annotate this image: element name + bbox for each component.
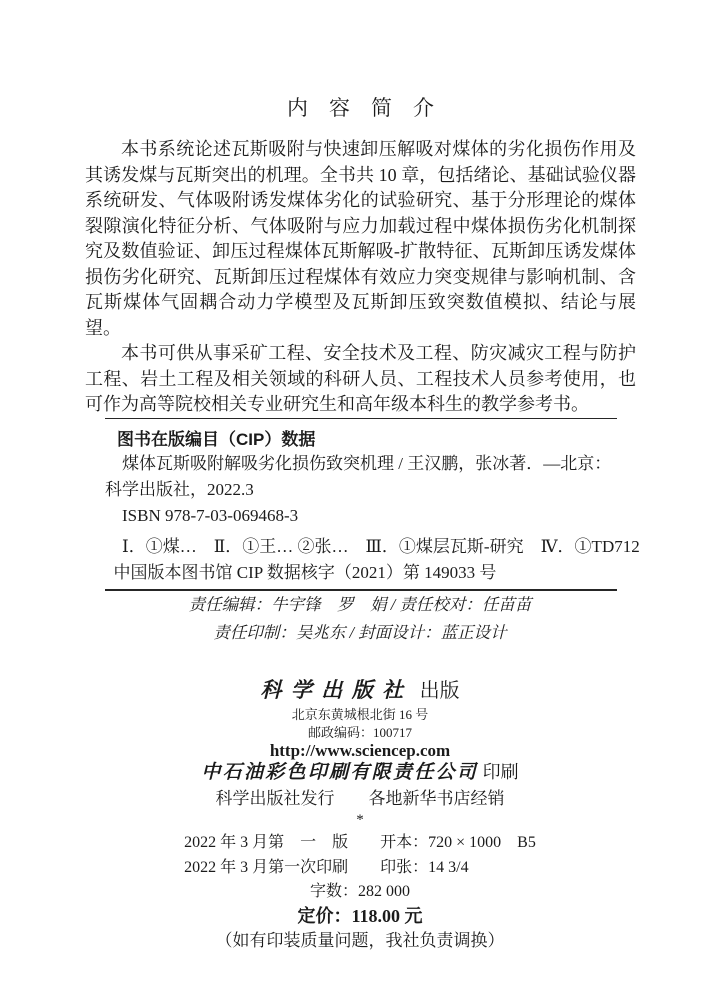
printing-line: 2022 年 3 月第一次印刷 印张：14 3/4 [184,855,536,880]
content-summary-section: 内容简介 本书系统论述瓦斯吸附与快速卸压解吸对煤体的劣化损伤作用及其诱发煤与瓦斯… [85,92,636,418]
publisher-role-label: 出版 [420,680,460,702]
printer-name-script: 中石油彩色印刷有限责任公司 [201,762,478,783]
cip-heading: 图书在版编目（CIP）数据 [105,428,617,451]
publisher-address: 北京东黄城根北街 16 号 [0,705,720,724]
word-count-line: 字数：282 000 [0,880,720,904]
publisher-name-script: 科学出版社 [260,678,412,702]
edition-line: 2022 年 3 月第 一 版 开本：720 × 1000 B5 [184,830,536,855]
edition-block: 2022 年 3 月第 一 版 开本：720 × 1000 B5 2022 年 … [184,830,536,880]
staff-editors-line: 责任编辑：牛宇锋 罗 娟 / 责任校对：任苗苗 [0,591,720,619]
cip-publisher-line: 科学出版社，2022.3 [105,477,617,503]
publisher-line: 科学出版社出版 [0,676,720,705]
cip-data-block: 图书在版编目（CIP）数据 煤体瓦斯吸附解吸劣化损伤致突机理 / 王汉鹏，张冰著… [105,418,617,591]
section-title: 内容简介 [85,92,636,122]
exchange-notice: （如有印装质量问题，我社负责调换） [0,928,720,954]
summary-paragraph-2: 本书可供从事采矿工程、安全技术及工程、防灾减灾工程与防护工程、岩土工程及相关领域… [85,341,636,418]
postal-code: 邮政编码：100717 [0,724,720,741]
printer-role-label: 印刷 [483,762,519,782]
separator-asterisk: * [0,811,720,829]
cip-title-line: 煤体瓦斯吸附解吸劣化损伤致突机理 / 王汉鹏，张冰著．—北京： [105,451,617,477]
classification-line: Ⅰ．①煤… Ⅱ．①王… ②张… Ⅲ．①煤层瓦斯-研究 Ⅳ．①TD712 [105,534,617,560]
imprint-block: 科学出版社出版 北京东黄城根北街 16 号 邮政编码：100717 http:/… [0,676,720,954]
staff-print-design-line: 责任印制：吴兆东 / 封面设计：蓝正设计 [0,619,720,647]
staff-credits: 责任编辑：牛宇锋 罗 娟 / 责任校对：任苗苗 责任印制：吴兆东 / 封面设计：… [0,591,720,647]
distribution-line: 科学出版社发行 各地新华书店经销 [0,787,720,811]
isbn-line: ISBN 978-7-03-069468-3 [105,503,617,529]
publisher-url: http://www.sciencep.com [0,741,720,760]
summary-paragraph-1: 本书系统论述瓦斯吸附与快速卸压解吸对煤体的劣化损伤作用及其诱发煤与瓦斯突出的机理… [85,137,636,341]
cip-record-line: 中国版本图书馆 CIP 数据核字（2021）第 149033 号 [105,560,617,586]
book-copyright-page: 内容简介 本书系统论述瓦斯吸附与快速卸压解吸对煤体的劣化损伤作用及其诱发煤与瓦斯… [0,0,720,1000]
printer-line: 中石油彩色印刷有限责任公司印刷 [0,760,720,785]
price-line: 定价：118.00 元 [0,904,720,928]
